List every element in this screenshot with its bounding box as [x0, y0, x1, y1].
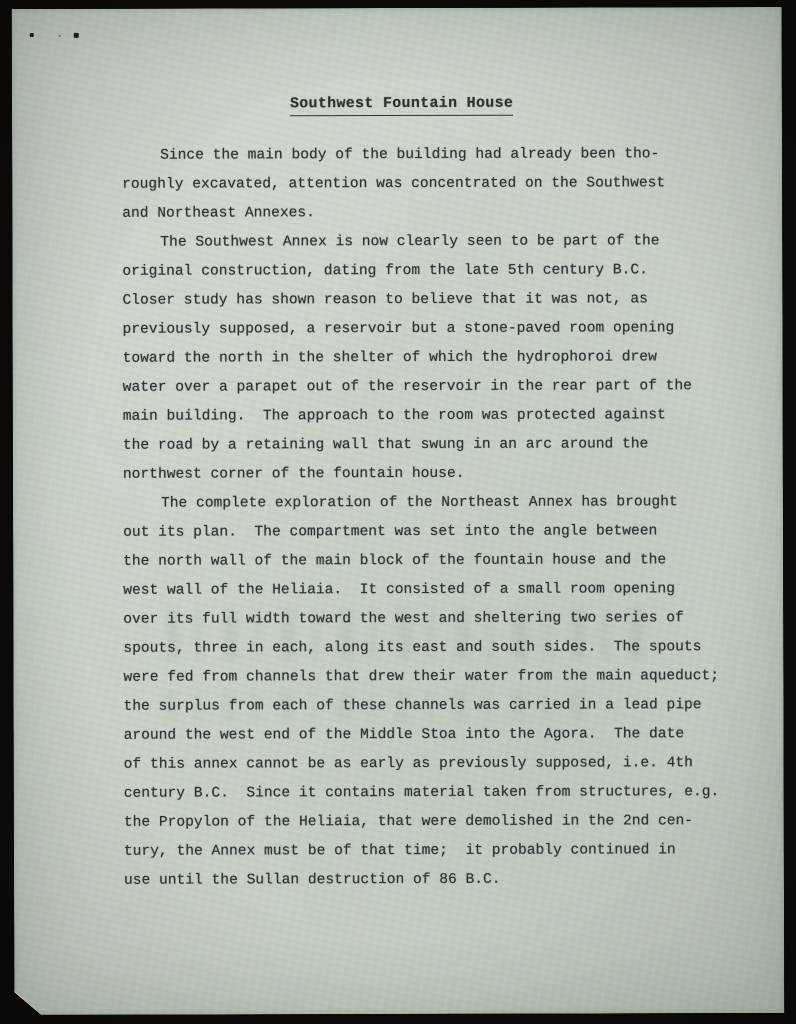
- paragraph-2: The Southwest Annex is now clearly seen …: [122, 227, 745, 490]
- paragraph-1: Since the main body of the building had …: [122, 140, 744, 229]
- paragraph-3: The complete exploration of the Northeas…: [123, 488, 746, 896]
- folded-corner: [14, 988, 45, 1015]
- typewritten-content: Southwest Fountain House Since the main …: [12, 7, 784, 896]
- scan-background: { "document": { "title": "Southwest Foun…: [0, 0, 796, 1024]
- document-page: Southwest Fountain House Since the main …: [12, 7, 785, 1015]
- page-title: Southwest Fountain House: [290, 94, 513, 117]
- document-body: Since the main body of the building had …: [122, 140, 738, 896]
